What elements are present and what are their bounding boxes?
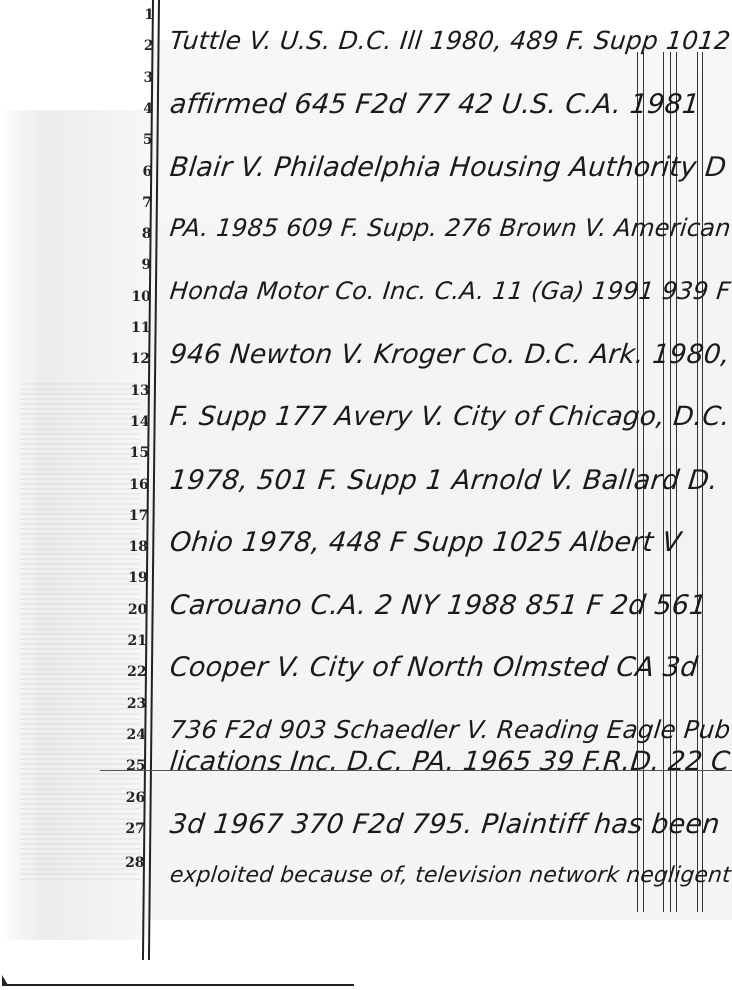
line-number: 13 — [112, 383, 150, 399]
line-number: 10 — [113, 289, 151, 305]
line-number: 25 — [108, 758, 146, 774]
line-number: 17 — [110, 508, 148, 524]
handwritten-line: exploited because of, television network… — [169, 863, 732, 888]
handwritten-line: F. Supp 177 Avery V. City of Chicago, D.… — [168, 402, 731, 432]
line-number: 6 — [114, 164, 152, 180]
line-number: 28 — [107, 855, 145, 871]
line-number: 22 — [109, 664, 147, 680]
handwritten-line: 1978, 501 F. Supp 1 Arnold V. Ballard D. — [168, 465, 719, 496]
handwritten-line: 736 F2d 903 Schaedler V. Reading Eagle P… — [168, 715, 732, 744]
line-number: 27 — [107, 821, 145, 837]
handwritten-line: 3d 1967 370 F2d 795. Plaintiff has been — [168, 809, 721, 840]
handwritten-line: 946 Newton V. Kroger Co. D.C. Ark. 1980, — [168, 339, 731, 370]
bottom-rule-line — [2, 984, 354, 986]
line-number: 8 — [114, 226, 152, 242]
line-number: 19 — [110, 570, 148, 586]
line-number: 11 — [113, 320, 151, 336]
line-number: 26 — [107, 790, 145, 806]
handwritten-line: lications Inc. D.C. PA. 1965 39 F.R.D. 2… — [168, 746, 731, 777]
line-number: 9 — [113, 257, 151, 273]
handwritten-line: Honda Motor Co. Inc. C.A. 11 (Ga) 1991 9… — [169, 277, 732, 305]
handwritten-line: Carouano C.A. 2 NY 1988 851 F 2d 561 — [168, 590, 708, 621]
line-number: 14 — [111, 414, 149, 430]
line-number: 12 — [112, 351, 150, 367]
handwritten-line: Ohio 1978, 448 F Supp 1025 Albert V — [168, 527, 682, 558]
line-number: 16 — [111, 477, 149, 493]
handwritten-line: Cooper V. City of North Olmsted CA 3d — [168, 652, 699, 683]
handwritten-line: Blair V. Philadelphia Housing Authority … — [168, 152, 728, 183]
horizontal-scan-line — [100, 770, 732, 771]
line-number: 15 — [111, 445, 149, 461]
handwritten-line: affirmed 645 F2d 77 42 U.S. C.A. 1981 — [168, 89, 701, 120]
line-number: 23 — [108, 696, 146, 712]
handwritten-line: PA. 1985 609 F. Supp. 276 Brown V. Ameri… — [169, 214, 732, 242]
line-number: 7 — [114, 195, 152, 211]
line-number: 21 — [109, 633, 147, 649]
line-number: 2 — [116, 38, 154, 54]
line-number: 18 — [110, 539, 148, 555]
line-number: 1 — [116, 7, 154, 23]
line-number: 5 — [115, 132, 153, 148]
line-number: 24 — [108, 727, 146, 743]
handwritten-line: Tuttle V. U.S. D.C. Ill 1980, 489 F. Sup… — [168, 26, 731, 55]
line-number: 20 — [109, 602, 147, 618]
line-number: 3 — [115, 70, 153, 86]
line-number: 4 — [115, 101, 153, 117]
